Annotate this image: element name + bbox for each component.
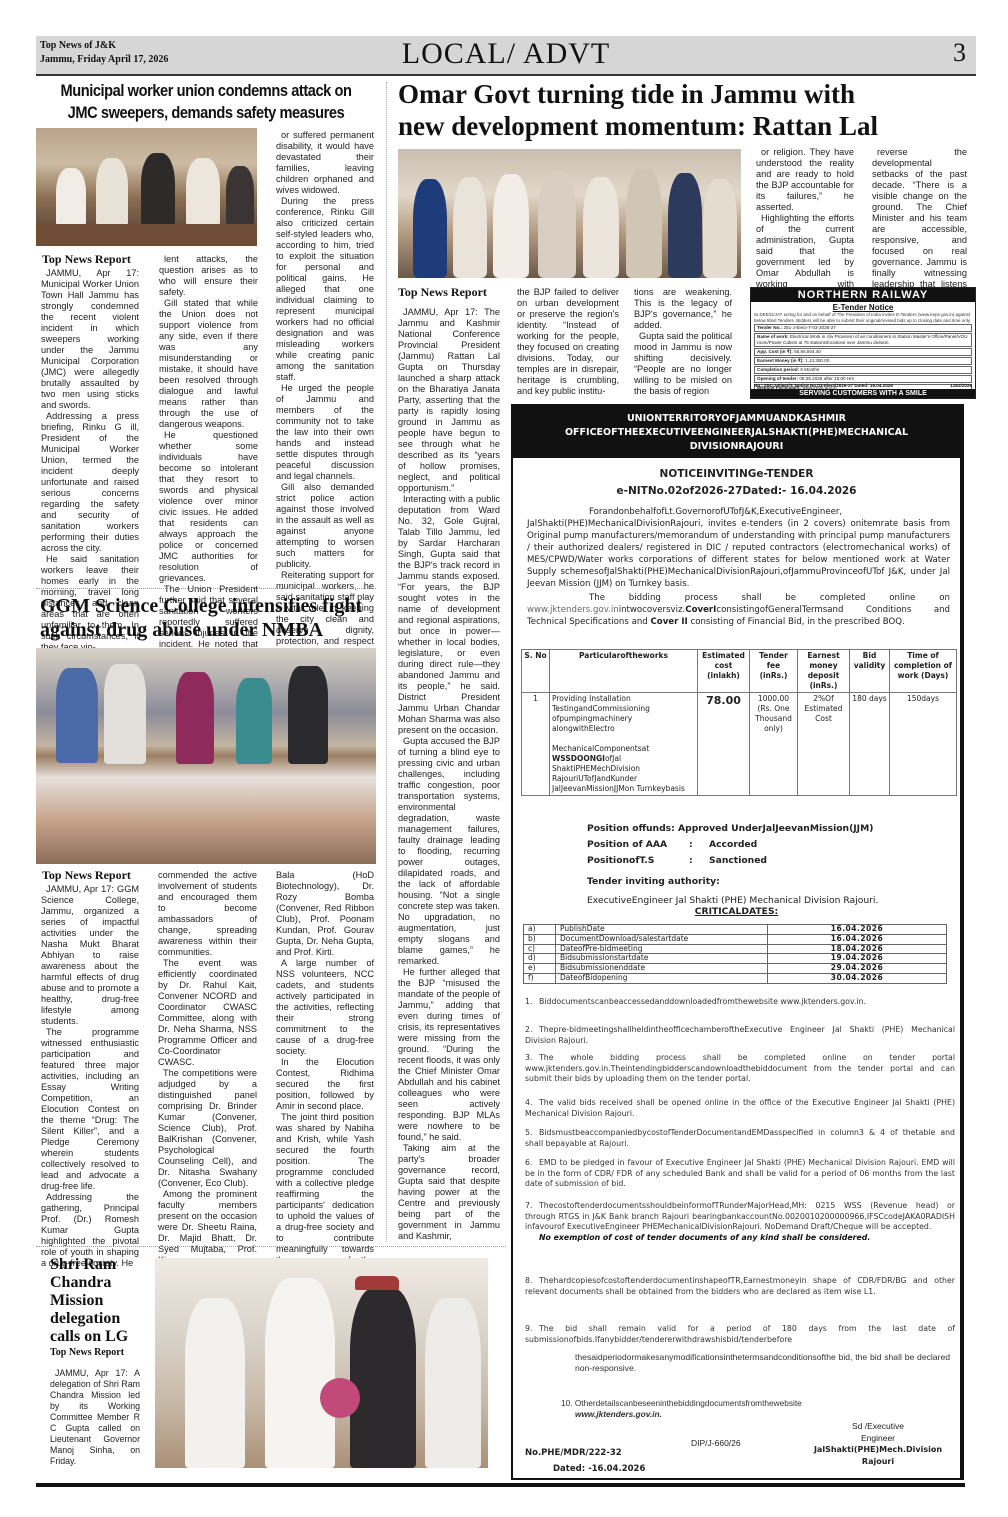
- paragraph: He questioned whether some individuals h…: [159, 430, 258, 584]
- position-aaa: Position of AAA:Accorded: [587, 839, 757, 850]
- article-srcm-headline: Shri Ram Chandra Mission delegation call…: [50, 1256, 150, 1346]
- northern-railway-tender-ad: NORTHERN RAILWAY E-Tender Notice Sr.DEE/…: [750, 287, 976, 399]
- bouquet: [320, 1378, 360, 1418]
- tender-title: NOTICEINVITINGe-TENDER e-NITNo.02of2026-…: [513, 466, 960, 500]
- byline: Top News Report: [398, 285, 487, 300]
- headline-line: Chandra: [50, 1274, 150, 1292]
- article-ggm-col2: commended the active involvement of stud…: [158, 870, 257, 1266]
- condition-2: 2.Thepre-bidmeetingshallheldintheofficec…: [525, 1025, 955, 1046]
- tender-authority: Tender inviting authority:ExecutiveEngin…: [587, 872, 932, 910]
- railway-subtitle: E-Tender Notice: [751, 303, 975, 312]
- municipal-press-photo: [36, 128, 257, 246]
- railway-row: Tender No.: 251-J-Elect-T-03-2026-27: [754, 324, 972, 332]
- divider: [36, 588, 376, 589]
- divider: [36, 1246, 506, 1247]
- paragraph: The competitions were adjudged by a dist…: [158, 1068, 257, 1189]
- railway-notice-number: No.: 251-J-Elect/T. Notice No.03-Elect/2…: [754, 383, 972, 388]
- srcm-lg-meeting-photo: [155, 1258, 488, 1468]
- title-line: NOTICEINVITINGe-TENDER: [513, 466, 960, 483]
- condition-8: 8.Thehardcopiesofcostoftenderdocumentins…: [525, 1276, 955, 1297]
- article-ggm-col1: JAMMU, Apr 17: GGM Science College, Jamm…: [41, 884, 139, 1269]
- headline-line: against drug abuse under NMBA: [40, 618, 380, 642]
- masthead: Top News of J&K Jammu, Friday April 17, …: [36, 36, 976, 76]
- header-line: UNIONTERRITORYOFJAMMUANDKASHMIR: [517, 412, 956, 426]
- critical-dates-title: CRITICALDATES:: [513, 906, 960, 917]
- dated: Dated: -16.04.2026: [553, 1464, 645, 1474]
- col-header: Bid validity: [850, 650, 890, 693]
- byline: Top News Report: [42, 868, 131, 883]
- paragraph: He further alleged that the BJP “misused…: [398, 967, 500, 1143]
- paragraph: tions are weakening. This is the legacy …: [634, 287, 732, 331]
- paragraph: JAMMU, Apr 17: A delegation of Shri Ram …: [50, 1368, 140, 1467]
- paragraph: JAMMU, Apr 17: GGM Science College, Jamm…: [41, 884, 139, 1027]
- omar-deputation-photo: [398, 149, 741, 278]
- article-omar-col3: tions are weakening. This is the legacy …: [634, 287, 732, 397]
- col-header: Estimated cost (inlakh): [698, 650, 750, 693]
- condition-3: 3.The whole bidding process shall be com…: [525, 1053, 955, 1085]
- headline-line: Mission: [50, 1292, 150, 1310]
- condition-9-continued: thesaidperiodormakesanymodificationsinth…: [575, 1352, 950, 1373]
- header-line: OFFICEOFTHEEXECUTIVEENGINEERJALSHAKTI(PH…: [517, 426, 956, 440]
- article-omar-col2: the BJP failed to deliver on urban devel…: [517, 287, 619, 397]
- col-header: Particularoftheworks: [550, 650, 698, 693]
- condition-6: 6.EMD to be pledged in favour of Executi…: [525, 1158, 955, 1190]
- condition-9: 9.The bid shall remain valid for a perio…: [525, 1324, 955, 1345]
- paragraph: In the Elocution Contest, Ridhima secure…: [276, 1057, 374, 1112]
- jktenders-link[interactable]: www.jktenders.gov.in: [527, 605, 619, 615]
- paragraph: Among the prominent faculty members pres…: [158, 1189, 257, 1266]
- article-municipal-headline: Municipal worker union condemns attack o…: [36, 80, 376, 124]
- table-row: a)PublishDate16.04.2026: [524, 925, 947, 935]
- article-srcm-body: JAMMU, Apr 17: A delegation of Shri Ram …: [50, 1368, 140, 1467]
- tender-intro-paragraph: ForandonbehalfofLt.GovernorofUTofJ&K,Exe…: [513, 506, 960, 590]
- paragraph: He urged the people of Jammu and members…: [276, 383, 374, 482]
- paragraph: The event was efficiently coordinated by…: [158, 958, 257, 1068]
- paragraph: Bala (HoD Biotechnology), Dr. Rozy Bomba…: [276, 870, 374, 958]
- jal-shakti-tender-ad: UNIONTERRITORYOFJAMMUANDKASHMIR OFFICEOF…: [511, 404, 964, 1480]
- himachali-cap: [355, 1276, 399, 1290]
- dip-number: DIP/J-660/26: [691, 1438, 741, 1448]
- critical-dates-table: a)PublishDate16.04.2026 b)DocumentDownlo…: [523, 924, 947, 984]
- col-header: Tender fee (inRs.): [750, 650, 798, 693]
- article-omar-col4: or religion. They have understood the re…: [756, 147, 854, 301]
- ggm-college-photo: [36, 648, 376, 864]
- railway-intro: Sr.DEE/G/JAT acting for and on behalf of…: [751, 312, 975, 323]
- condition-4: 4.The valid bids received shall be opene…: [525, 1098, 955, 1119]
- jktenders-link[interactable]: www.jktenders.gov.in.: [561, 1409, 662, 1419]
- paragraph: reverse the developmental setbacks of th…: [872, 147, 967, 301]
- paragraph: lent attacks, the question arises as to …: [159, 254, 258, 298]
- paragraph: The programme witnessed enthusiastic par…: [41, 1027, 139, 1192]
- page-bottom-rule: [36, 1483, 965, 1487]
- page-number: 3: [953, 38, 966, 68]
- byline: Top News Report: [50, 1347, 124, 1358]
- railway-row: App. Cost (in ₹): 56,66,504.40: [754, 348, 972, 356]
- paragraph: commended the active involvement of stud…: [158, 870, 257, 958]
- col-header: Time of completion of work (Days): [890, 650, 957, 693]
- paragraph: Gill also demanded strict police action …: [276, 482, 374, 570]
- railway-row: Completion period: 6 Months: [754, 366, 972, 374]
- header-line: DIVISIONRAJOURI: [517, 440, 956, 454]
- paragraph: A large number of NSS volunteers, NCC ca…: [276, 958, 374, 1057]
- headline-line: Municipal worker union condemns attack o…: [60, 80, 352, 102]
- headline-line: delegation: [50, 1310, 150, 1328]
- reference-number: No.PHE/MDR/222-32: [525, 1448, 622, 1458]
- paragraph: Gupta said the political mood in Jammu i…: [634, 331, 732, 397]
- article-ggm-headline: GGM Science College intensifies fight ag…: [40, 594, 380, 642]
- table-row: b)DocumentDownload/salestartdate16.04.20…: [524, 934, 947, 944]
- paragraph: During the press conference, Rinku Gill …: [276, 196, 374, 383]
- paragraph: JAMMU, Apr 17: Municipal Worker Union To…: [41, 268, 139, 411]
- column-divider: [386, 82, 387, 1242]
- signatory: Sd /Executive Engineer JalShakti(PHE)Mec…: [803, 1420, 953, 1468]
- paragraph: the BJP failed to deliver on urban devel…: [517, 287, 619, 397]
- col-header: S. No: [522, 650, 550, 693]
- railway-row: Earnest Money (in ₹): 1,13,300.00: [754, 357, 972, 365]
- section-title: LOCAL/ ADVT: [36, 37, 976, 71]
- article-omar-col1: JAMMU, Apr 17: The Jammu and Kashmir Nat…: [398, 307, 500, 1242]
- nit-number: e-NITNo.02of2026-27Dated:- 16.04.2026: [513, 483, 960, 500]
- headline-line: calls on LG: [50, 1328, 150, 1346]
- paragraph: Interacting with a public deputation fro…: [398, 494, 500, 736]
- headline-line: JMC sweepers, demands safety measures: [60, 102, 352, 124]
- condition-7: 7.Thecostoftenderdocumentsshouldbeinform…: [525, 1201, 955, 1243]
- railway-row: Name of work: Electrical Work in c/w Pro…: [754, 333, 972, 347]
- position-funds: Position offunds: Approved UnderJalJeeva…: [587, 823, 873, 834]
- paragraph: or religion. They have understood the re…: [756, 147, 854, 213]
- paragraph: Taking aim at the party's broader govern…: [398, 1143, 500, 1242]
- headline-line: Shri Ram: [50, 1256, 150, 1274]
- article-ggm-col3: Bala (HoD Biotechnology), Dr. Rozy Bomba…: [276, 870, 374, 1288]
- headline-line: Omar Govt turning tide in Jammu with: [398, 78, 968, 110]
- paragraph: Addressing a press briefing, Rinku G ill…: [41, 411, 139, 554]
- col-header: Earnest money deposit (inRs.): [798, 650, 850, 693]
- article-omar-headline: Omar Govt turning tide in Jammu with new…: [398, 78, 968, 142]
- article-omar-col5: reverse the developmental setbacks of th…: [872, 147, 967, 301]
- paragraph: Gupta accused the BJP of turning a blind…: [398, 736, 500, 967]
- railway-row: Opening of tender: 08.05.2026 after 15:0…: [754, 375, 972, 383]
- condition-5: 5.BidsmustbeaccompaniedbycostofTenderDoc…: [525, 1128, 955, 1149]
- headline-line: new development momentum: Rattan Lal: [398, 110, 968, 142]
- byline: Top News Report: [42, 252, 131, 267]
- paragraph: JAMMU, Apr 17: The Jammu and Kashmir Nat…: [398, 307, 500, 494]
- paragraph: or suffered permanent disability, it wou…: [276, 130, 374, 196]
- works-table: S. No Particularoftheworks Estimated cos…: [521, 649, 957, 796]
- table-row: e)Bidsubmissionenddate29.04.2026: [524, 964, 947, 974]
- table-row: 1 Providing Installation TestingandCommi…: [522, 693, 957, 796]
- condition-10: 10. Otherdetailscanbeseeninthebiddingdoc…: [561, 1398, 991, 1419]
- paragraph: Gill stated that while the Union does no…: [159, 298, 258, 430]
- tender-bidding-paragraph: The bidding process shall be completed o…: [513, 592, 960, 628]
- railway-slogan: SERVING CUSTOMERS WITH A SMILE: [751, 389, 975, 398]
- tender-header: UNIONTERRITORYOFJAMMUANDKASHMIR OFFICEOF…: [513, 406, 960, 458]
- table-row: f)DateofBidopening30.04.2026: [524, 973, 947, 983]
- position-ts: PositionofT.S:Sanctioned: [587, 855, 767, 866]
- railway-title: NORTHERN RAILWAY: [751, 288, 975, 302]
- condition-1: 1.Biddocumentscanbeaccessedanddownloaded…: [525, 997, 955, 1008]
- headline-line: GGM Science College intensifies fight: [40, 594, 380, 618]
